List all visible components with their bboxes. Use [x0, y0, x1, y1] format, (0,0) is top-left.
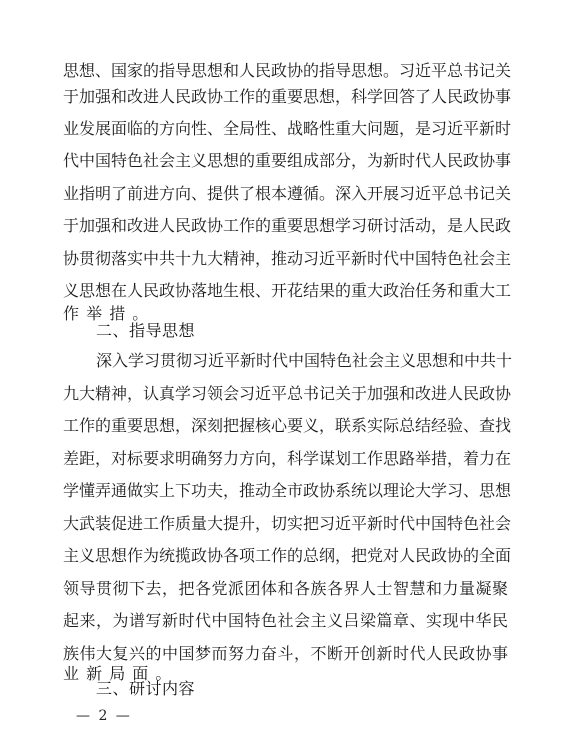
- paragraph-line: 业指明了前进方向、提供了根本遵循。深入开展习近平总书记关: [63, 183, 508, 205]
- paragraph-line: 九大精神，认真学习领会习近平总书记关于加强和改进人民政协: [63, 383, 508, 405]
- paragraph-line: 学懂弄通做实上下功夫，推动全市政协系统以理论大学习、思想: [63, 480, 508, 502]
- paragraph-line: 差距，对标要求明确努力方向，科学谋划工作思路举措，着力在: [63, 448, 508, 470]
- paragraph-line: 协贯彻落实中共十九大精神，推动习近平新时代中国特色社会主: [63, 248, 508, 270]
- paragraph-line: 大武装促进工作质量大提升，切实把习近平新时代中国特色社会: [63, 513, 508, 535]
- paragraph-line: 深入学习贯彻习近平新时代中国特色社会主义思想和中共十: [96, 350, 508, 372]
- paragraph-line: 业发展面临的方向性、全局性、战略性重大问题，是习近平新时: [63, 118, 508, 140]
- paragraph-line: 族伟大复兴的中国梦而努力奋斗，不断开创新时代人民政协事: [63, 643, 508, 665]
- paragraph-line: 起来，为谱写新时代中国特色社会主义吕梁篇章、实现中华民: [63, 610, 508, 632]
- document-page: 思想、国家的指导思想和人民政协的指导思想。习近平总书记关 于加强和改进人民政协工…: [0, 0, 570, 754]
- paragraph-line: 义思想在人民政协落地生根、开花结果的重大政治任务和重大工: [63, 280, 508, 302]
- section-heading-guiding-ideology: 二、指导思想: [96, 320, 195, 342]
- paragraph-line: 主义思想作为统揽政协各项工作的总纲，把党对人民政协的全面: [63, 545, 508, 567]
- paragraph-line: 代中国特色社会主义思想的重要组成部分，为新时代人民政协事: [63, 150, 508, 172]
- page-number: — 2 —: [76, 706, 132, 726]
- paragraph-line: 于加强和改进人民政协工作的重要思想学习研讨活动，是人民政: [63, 215, 508, 237]
- paragraph-line: 于加强和改进人民政协工作的重要思想，科学回答了人民政协事: [63, 86, 508, 108]
- paragraph-line: 思想、国家的指导思想和人民政协的指导思想。习近平总书记关: [63, 60, 508, 82]
- paragraph-line: 工作的重要思想，深刻把握核心要义，联系实际总结经验、查找: [63, 415, 508, 437]
- paragraph-line: 领导贯彻下去，把各党派团体和各族各界人士智慧和力量凝聚: [63, 578, 508, 600]
- section-heading-discussion-content: 三、研讨内容: [96, 678, 195, 700]
